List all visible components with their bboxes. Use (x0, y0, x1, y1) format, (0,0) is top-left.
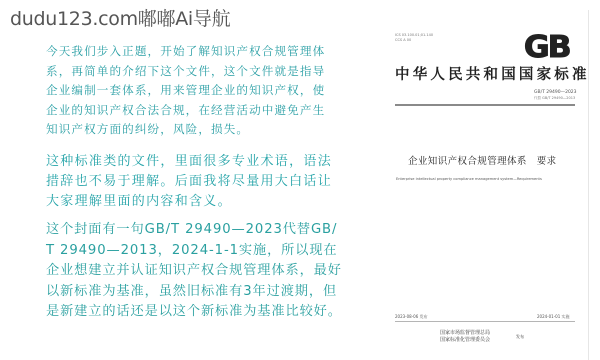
publisher-samr: 国家市场监督管理总局 (440, 330, 490, 337)
gb-logo-icon: GB (524, 33, 570, 63)
classification-codes: ICS 03.100.01;01.140 CCS A 00 (395, 33, 433, 43)
issue-date: 2023-08-06 发布 (395, 314, 428, 320)
footer-divider (395, 321, 575, 322)
intro-paragraph: 今天我们步入正题，开始了解知识产权合规管理体系，再简单的介绍下这个文件，这个文件… (46, 42, 336, 140)
site-watermark: dudu123.com嘟嘟Ai导航 (10, 4, 230, 31)
publisher-sac: 国家标准化管理委员会 (440, 337, 490, 344)
terminology-paragraph: 这种标准类的文件，里面很多专业术语，语法措辞也不易于理解。后面我将尽量用大白话让… (46, 152, 336, 212)
header-divider (395, 104, 575, 106)
implementation-date: 2024-01-01 实施 (537, 314, 570, 320)
publishers: 国家市场监督管理总局 国家标准化管理委员会 (440, 330, 490, 343)
national-standard-heading: 中华人民共和国国家标准 (395, 63, 590, 84)
standard-title-cn: 企业知识产权合规管理体系 要求 (408, 153, 557, 167)
replaces-note: 代替 GB/T 29490—2013 (534, 96, 575, 101)
publish-label: 发布 (516, 334, 524, 340)
ccs-code: CCS A 00 (395, 38, 433, 43)
standard-title-en: Enterprise intellectual property complia… (396, 177, 542, 181)
version-paragraph: 这个封面有一句GB/T 29490—2023代替GB/T 29490—2013，… (46, 220, 342, 323)
explanation-text-column: 今天我们步入正题，开始了解知识产权合规管理体系，再简单的介绍下这个文件，这个文件… (46, 42, 336, 140)
